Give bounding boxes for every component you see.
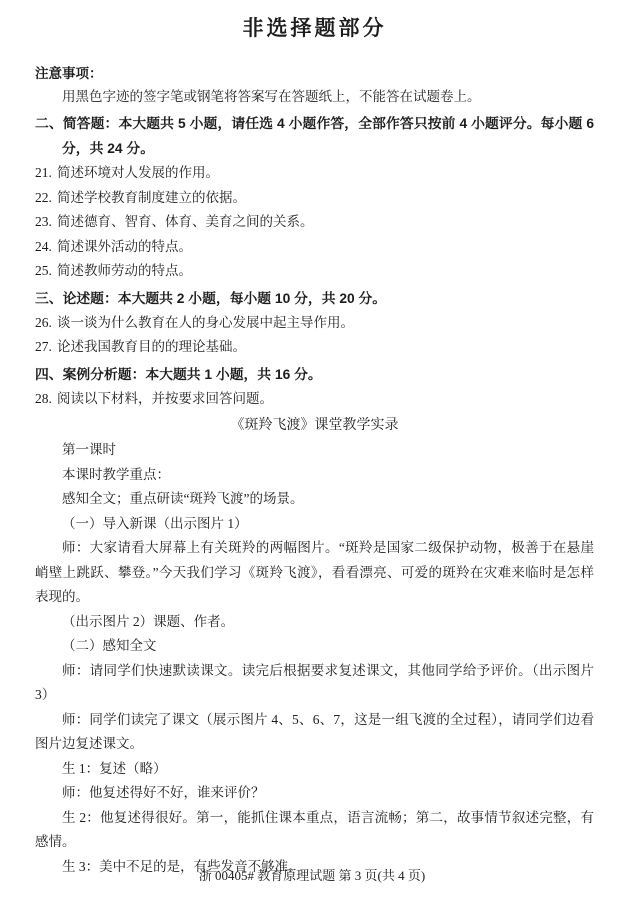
question-item-21: 21.简述环境对人发展的作用。 [35,161,594,186]
page-footer: 浙 00405# 教育原理试题 第 3 页(共 4 页) [0,867,624,885]
question-text: 简述环境对人发展的作用。 [57,165,219,180]
material-paragraph: 本课时教学重点： [35,463,594,488]
question-text: 谈一谈为什么教育在人的身心发展中起主导作用。 [57,315,354,330]
question-text: 简述德育、智育、体育、美育之间的关系。 [57,214,314,229]
question-number: 28. [35,387,57,412]
question-text: 简述课外活动的特点。 [57,239,192,254]
notice-text: 用黑色字迹的签字笔或钢笔将答案写在答题纸上，不能答在试题卷上。 [35,85,594,109]
question-number: 27. [35,335,57,360]
question-text: 简述学校教育制度建立的依据。 [57,190,246,205]
question-number: 22. [35,186,57,211]
question-item-25: 25.简述教师劳动的特点。 [35,259,594,284]
question-number: 21. [35,161,57,186]
question-text: 简述教师劳动的特点。 [57,263,192,278]
material-paragraph: 生 2：他复述得很好。第一，能抓住课本重点，语言流畅；第二，故事情节叙述完整，有… [35,806,594,855]
question-number: 26. [35,311,57,336]
material-paragraph: （出示图片 2）课题、作者。 [35,610,594,635]
material-paragraph: 师：他复述得好不好，谁来评价？ [35,781,594,806]
question-number: 24. [35,235,57,260]
question-number: 23. [35,210,57,235]
section-header-4: 四、案例分析题：本大题共 1 小题，共 16 分。 [35,362,594,387]
question-item-24: 24.简述课外活动的特点。 [35,235,594,260]
material-paragraph: 生 1：复述（略） [35,757,594,782]
notice-label: 注意事项： [35,63,594,85]
question-item-27: 27.论述我国教育目的的理论基础。 [35,335,594,360]
question-item-22: 22.简述学校教育制度建立的依据。 [35,186,594,211]
material-paragraph: 师：请同学们快速默读课文。读完后根据要求复述课文，其他同学给予评价。（出示图片 … [35,659,594,708]
question-item-23: 23.简述德育、智育、体育、美育之间的关系。 [35,210,594,235]
page-title: 非选择题部分 [35,0,594,43]
question-item-26: 26.谈一谈为什么教育在人的身心发展中起主导作用。 [35,311,594,336]
question-item-28: 28.阅读以下材料，并按要求回答问题。 [35,387,594,412]
material-paragraph: 第一课时 [35,438,594,463]
material-title: 《斑羚飞渡》课堂教学实录 [35,413,594,438]
exam-page: 非选择题部分 注意事项： 用黑色字迹的签字笔或钢笔将答案写在答题纸上，不能答在试… [0,0,624,879]
section-header-3: 三、论述题：本大题共 2 小题，每小题 10 分，共 20 分。 [35,286,594,311]
question-number: 25. [35,259,57,284]
question-text: 阅读以下材料，并按要求回答问题。 [57,391,273,406]
material-paragraph: （二）感知全文 [35,634,594,659]
material-paragraph: 师：同学们读完了课文（展示图片 4、5、6、7，这是一组飞渡的全过程），请同学们… [35,708,594,757]
material-paragraph: 感知全文；重点研读“斑羚飞渡”的场景。 [35,487,594,512]
material-paragraph: （一）导入新课（出示图片 1） [35,512,594,537]
material-paragraph: 师：大家请看大屏幕上有关斑羚的两幅图片。“斑羚是国家二级保护动物，极善于在悬崖峭… [35,536,594,610]
question-text: 论述我国教育目的的理论基础。 [57,339,246,354]
section-header-2: 二、简答题：本大题共 5 小题，请任选 4 小题作答，全部作答只按前 4 小题评… [35,111,594,161]
